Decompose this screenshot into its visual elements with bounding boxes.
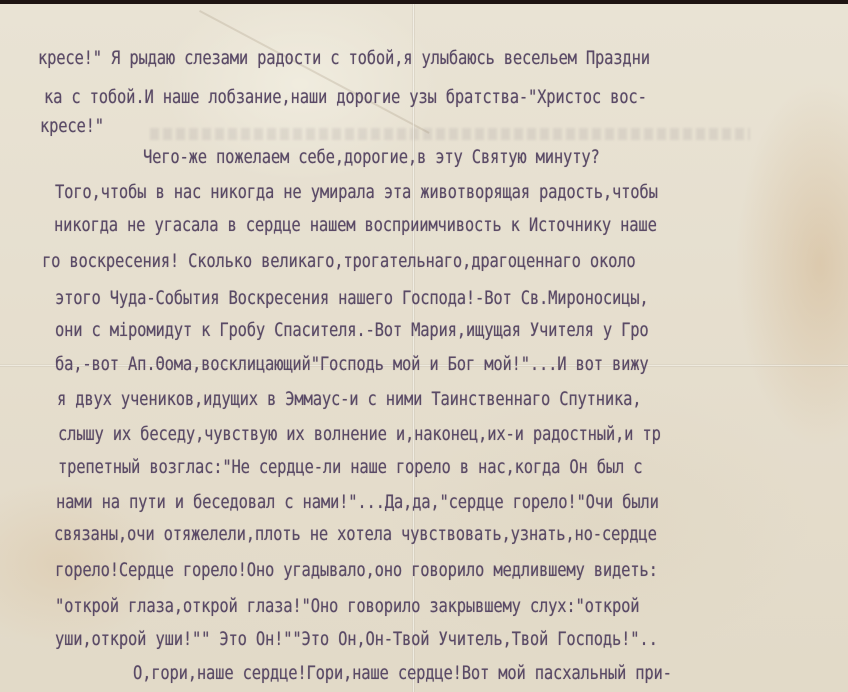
text-line: О,гори,наше сердце!Гори,наше сердце!Вот …: [133, 662, 672, 683]
text-line: трепетный возглас:"Не сердце-ли наше гор…: [58, 456, 642, 477]
text-line: я двух учеников,идущих в Эммаус-и с ними…: [57, 388, 641, 409]
text-line: связаны,очи отяжелели,плоть не хотела чу…: [54, 523, 657, 544]
typewritten-text: кресе!" Я рыдаю слезами радости с тобой,…: [0, 0, 848, 692]
text-line: уши,открой уши!"" Это Он!""Это Он,Он-Тво…: [55, 628, 658, 649]
text-line: го воскресения! Сколько великаго,трогате…: [42, 250, 636, 271]
text-line: Того,чтобы в нас никогда не умирала эта …: [55, 181, 658, 202]
text-line: этого Чуда-События Воскресения нашего Го…: [55, 287, 649, 308]
text-line: они с міромидут к Гробу Спасителя.-Вот М…: [55, 319, 649, 340]
text-line: "открой глаза,открой глаза!"Оно говорило…: [55, 595, 639, 616]
text-line: никогда не угасала в сердце нашем воспри…: [54, 214, 657, 235]
text-line: ка с тобой.И наше лобзание,наши дорогие …: [44, 86, 647, 107]
text-line: горело!Сердце горело!Оно угадывало,оно г…: [55, 559, 658, 580]
text-line: кресе!": [40, 115, 104, 136]
text-line: нами на пути и беседовал с нами!"...Да,д…: [56, 491, 659, 512]
text-line: ба,-вот Ап.Θома,восклицающий"Господь мой…: [55, 353, 649, 374]
text-line: Чего-же пожелаем себе,дорогие,в эту Свят…: [143, 146, 600, 167]
text-line: слышу их беседу,чувствую их волнение и,н…: [58, 423, 661, 444]
text-line: кресе!" Я рыдаю слезами радости с тобой,…: [38, 47, 650, 68]
